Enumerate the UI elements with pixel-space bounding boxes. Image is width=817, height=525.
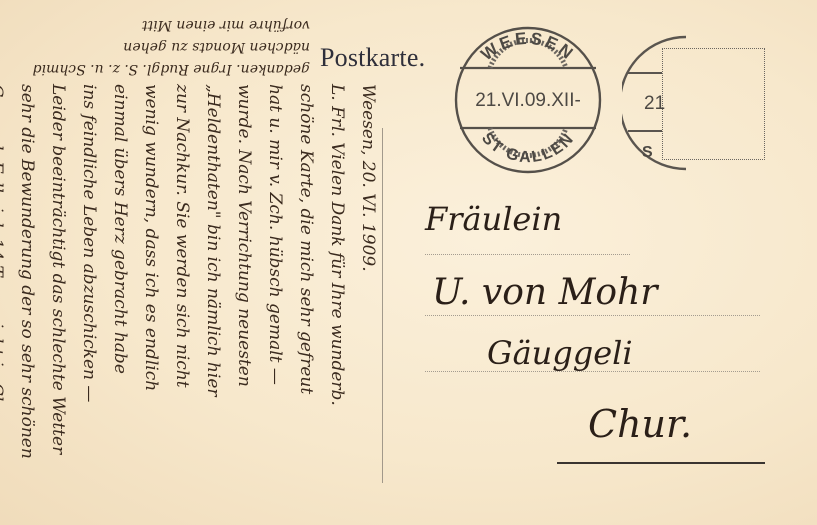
address-rule-city — [557, 462, 765, 464]
address-name: U. von Mohr — [432, 272, 658, 313]
svg-text:ST GALLEN: ST GALLEN — [478, 130, 578, 167]
message-upside-down-lines: gedanken. Irgne Rudgl. S. z. u. Schmid n… — [0, 0, 320, 80]
message-line: „Heldenthaten" bin ich nämlich hier — [197, 84, 228, 524]
message-line: ins feindliche Leben abzuschicken — — [73, 84, 104, 524]
address-rule — [425, 254, 630, 255]
address-rule — [425, 371, 760, 372]
message-line: schöne Karte, die mich sehr gefreut — [290, 84, 321, 524]
address-street: Gäuggeli — [487, 334, 633, 372]
message-line: sehr die Bewunderung der so sehr schönen — [11, 84, 42, 524]
center-divider — [382, 128, 383, 483]
message-top-line: gedanken. Irgne Rudgl. S. z. u. Schmid — [0, 58, 310, 80]
postmark-partial-letter: S — [642, 144, 653, 161]
address-salutation: Fräulein — [425, 200, 562, 238]
message-line: Gegend. Falls ich 14 Tage nicht in Chur — [0, 84, 11, 524]
address-city: Chur. — [588, 402, 692, 446]
message-area: gedanken. Irgne Rudgl. S. z. u. Schmid n… — [0, 0, 383, 525]
svg-text:WEESEN: WEESEN — [477, 29, 578, 65]
postcard: gedanken. Irgne Rudgl. S. z. u. Schmid n… — [0, 0, 817, 525]
message-line: wenig wundern, dass ich es endlich — [135, 84, 166, 524]
handwritten-message: Weesen, 20. VI. 1909.L. Frl. Vielen Dank… — [0, 84, 383, 524]
postcard-title: Postkarte. — [320, 43, 425, 73]
message-top-line: vorführe mir einen Mitt — [0, 14, 310, 36]
postmark-town: WEESEN — [477, 29, 578, 65]
stamp-placeholder — [662, 48, 765, 160]
message-line: zur Nachkur. Sie werden sich nicht — [166, 84, 197, 524]
postmark-weesen: WEESEN ST GALLEN 21.VI.09.XII- — [450, 22, 606, 178]
message-line: Weesen, 20. VI. 1909. — [352, 84, 383, 524]
message-top-line: nädchen Monats zu gehen — [0, 36, 310, 58]
address-rule — [425, 315, 760, 316]
message-line: hat u. mir v. Zch. hübsch gemalt — — [259, 84, 290, 524]
message-line: einmal übers Herz gebracht habe — [104, 84, 135, 524]
postmark-date: 21.VI.09.XII- — [475, 90, 581, 111]
message-line: L. Frl. Vielen Dank für Ihre wunderb. — [321, 84, 352, 524]
message-line: wurde. Nach Verrichtung neuesten — [228, 84, 259, 524]
postmark-canton: ST GALLEN — [478, 130, 578, 167]
message-line: Leider beeinträchtigt das schlechte Wett… — [42, 84, 73, 524]
